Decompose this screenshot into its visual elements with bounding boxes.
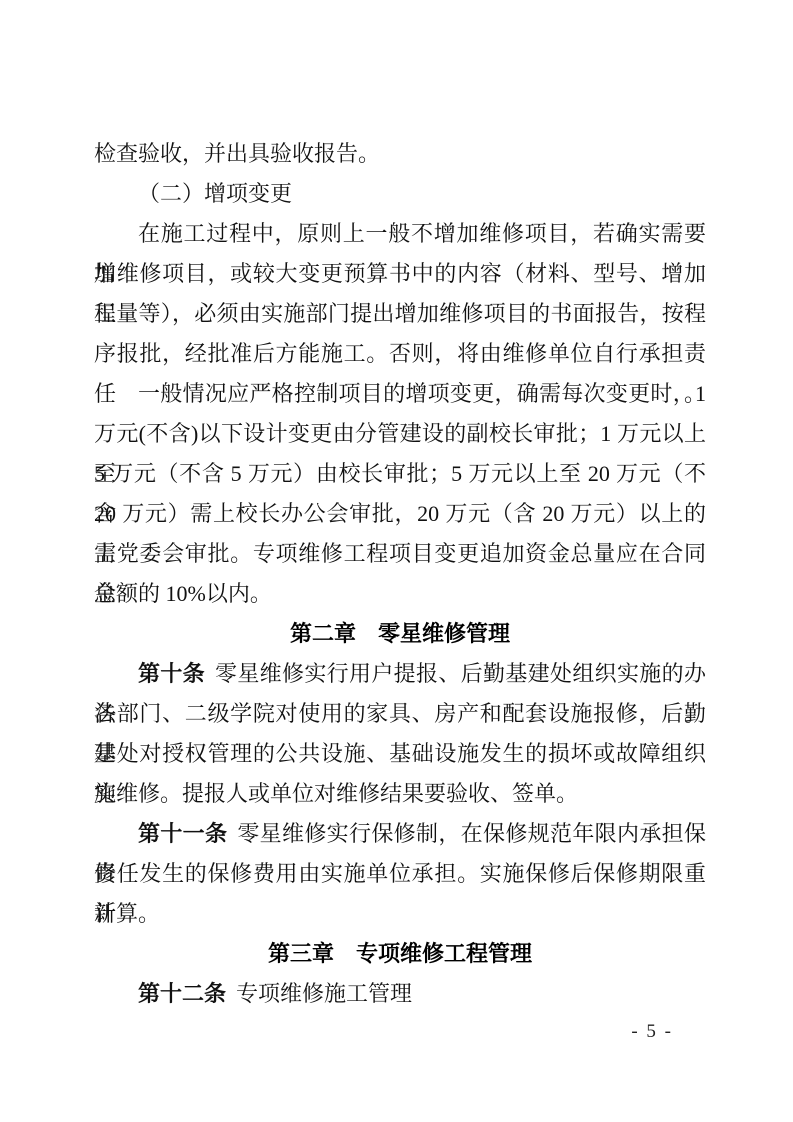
text-line: 金额的 10%以内。: [94, 574, 706, 614]
text-line: 第十一条零星维修实行保修制，在保修规范年限内承担保修: [94, 814, 706, 854]
text-line: 20 万元）需上校长办公会审批，20 万元（含 20 万元）以上的需: [94, 494, 706, 534]
chapter-heading: 第三章 专项维修工程管理: [94, 934, 706, 974]
chapter-heading: 第二章 零星维修管理: [94, 614, 706, 654]
clause-number: 第十一条: [138, 821, 227, 846]
document-page: 检查验收，并出具验收报告。（二）增项变更在施工过程中，原则上一般不增加维修项目，…: [0, 0, 793, 1122]
text-line: 上党委会审批。专项维修工程项目变更追加资金总量应在合同总: [94, 534, 706, 574]
text-line: 程量等），必须由实施部门提出增加维修项目的书面报告，按程: [94, 294, 706, 334]
text-line: 序报批，经批准后方能施工。否则，将由维修单位自行承担责任。: [94, 334, 706, 374]
text-line: （二）增项变更: [94, 174, 706, 214]
text-line: 建处对授权管理的公共设施、基础设施发生的损坏或故障组织实: [94, 734, 706, 774]
clause-number: 第十二条: [138, 981, 226, 1006]
text-line: 加维修项目，或较大变更预算书中的内容（材料、型号、增加工: [94, 254, 706, 294]
text-line: 万元(不含)以下设计变更由分管建设的副校长审批；1 万元以上至: [94, 414, 706, 454]
page-number: - 5 -: [631, 1020, 673, 1044]
text-line: 责任发生的保修费用由实施单位承担。实施保修后保修期限重新: [94, 854, 706, 894]
text-line: 施维修。提报人或单位对维修结果要验收、签单。: [94, 774, 706, 814]
text-line: 5 万元（不含 5 万元）由校长审批；5 万元以上至 20 万元（不含: [94, 454, 706, 494]
text-line: 在施工过程中，原则上一般不增加维修项目，若确实需要增: [94, 214, 706, 254]
text-line: 计算。: [94, 894, 706, 934]
text-line: 各部门、二级学院对使用的家具、房产和配套设施报修，后勤基: [94, 694, 706, 734]
clause-number: 第十条: [138, 661, 205, 686]
text-line: 一般情况应严格控制项目的增项变更，确需每次变更时，1: [94, 374, 706, 414]
text-line: 第十二条专项维修施工管理: [94, 974, 706, 1014]
document-body: 检查验收，并出具验收报告。（二）增项变更在施工过程中，原则上一般不增加维修项目，…: [94, 134, 706, 1014]
text-line: 检查验收，并出具验收报告。: [94, 134, 706, 174]
text-line: 第十条零星维修实行用户提报、后勤基建处组织实施的办法。: [94, 654, 706, 694]
